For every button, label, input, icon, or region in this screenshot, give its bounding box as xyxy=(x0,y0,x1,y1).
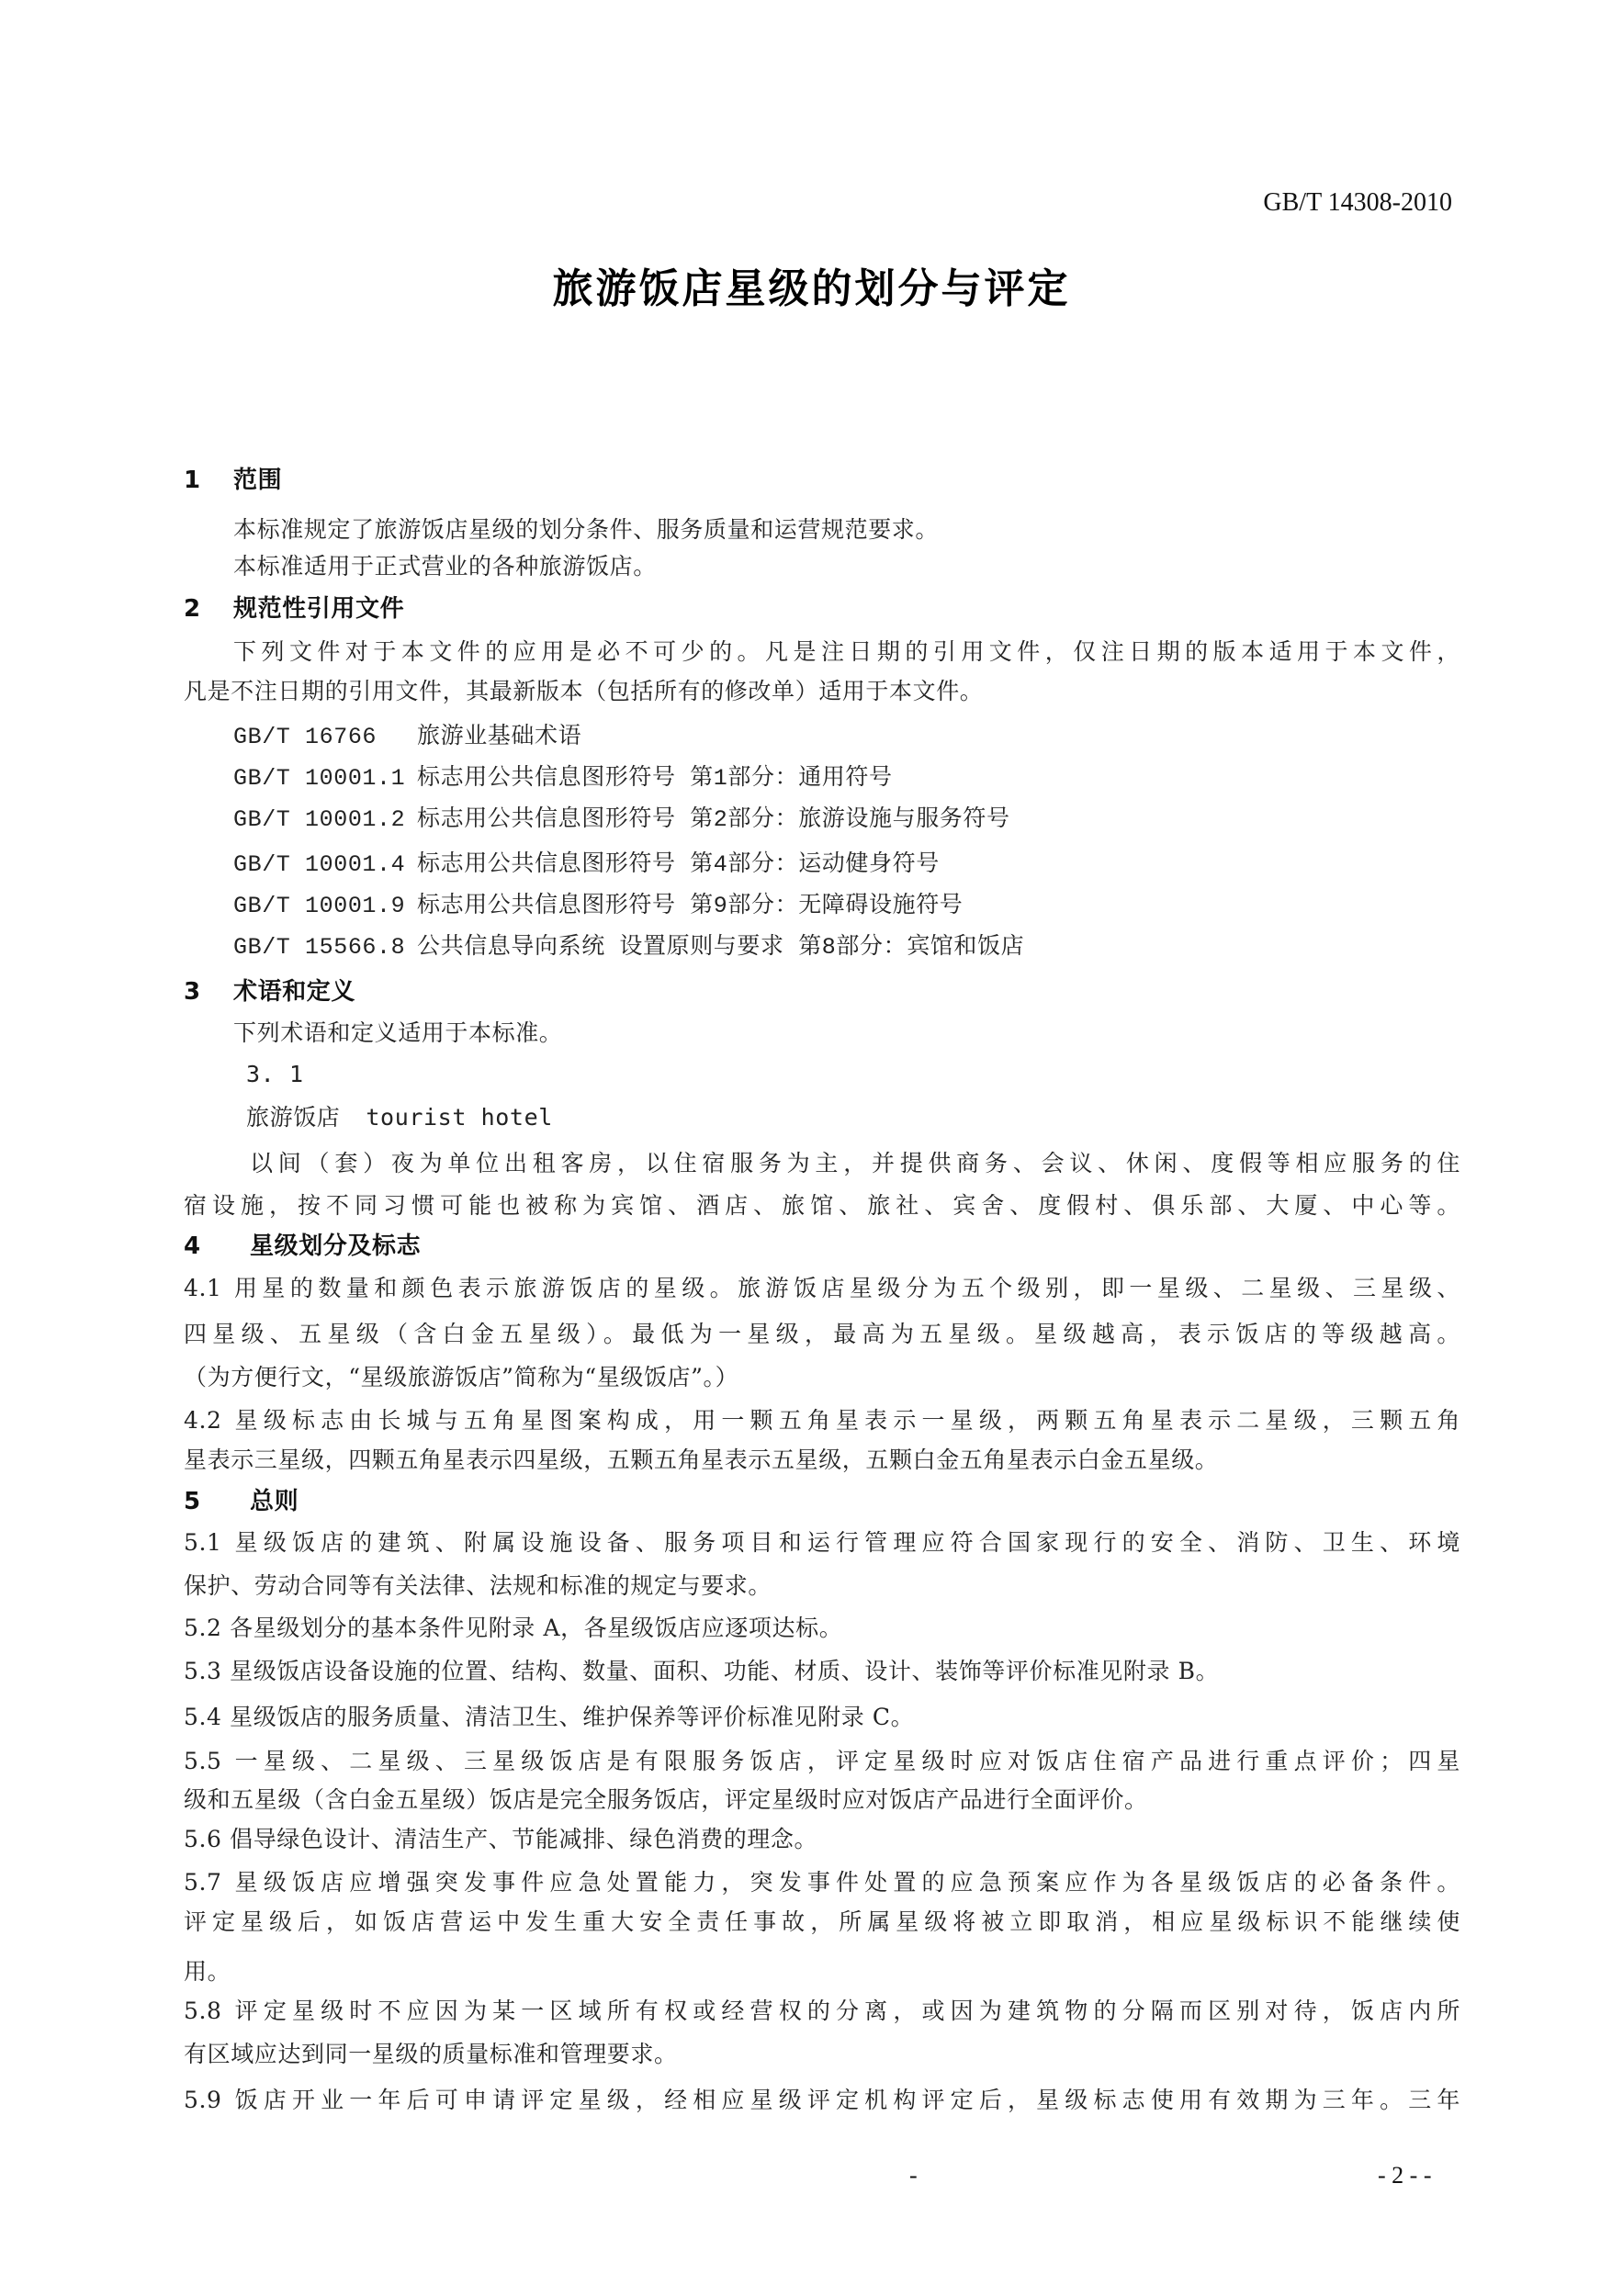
reference-code: GB/T 10001.2 xyxy=(233,802,417,838)
clause-5-7: 5.7 星级饭店应增强突发事件应急处置能力，突发事件处置的应急预案应作为各星级饭… xyxy=(184,1864,1460,1901)
clause-4-1: 4.1 用星的数量和颜色表示旅游饭店的星级。旅游饭店星级分为五个级别，即一星级、… xyxy=(184,1270,1460,1307)
section-title: 术语和定义 xyxy=(233,978,355,1006)
document-title: 旅游饭店星级的划分与评定 xyxy=(0,255,1623,314)
section-1-heading: 1范围 xyxy=(184,462,1460,499)
paragraph: 凡是不注日期的引用文件，其最新版本（包括所有的修改单）适用于本文件。 xyxy=(184,673,1460,710)
section-number: 1 xyxy=(184,462,233,499)
clause-5-9: 5.9 饭店开业一年后可申请评定星级，经相应星级评定机构评定后，星级标志使用有效… xyxy=(184,2082,1460,2119)
clause-5-7: 评定星级后，如饭店营运中发生重大安全责任事故，所属星级将被立即取消，相应星级标识… xyxy=(184,1904,1460,1941)
reference-code: GB/T 10001.4 xyxy=(233,847,417,884)
section-2-heading: 2规范性引用文件 xyxy=(184,591,1460,627)
clause-4-1: （为方便行文，“星级旅游饭店”简称为“星级饭店”。） xyxy=(184,1359,1460,1396)
reference-title: 标志用公共信息图形符号 第9部分：无障碍设施符号 xyxy=(417,893,963,919)
term-number: 3. 1 xyxy=(246,1056,1460,1093)
clause-5-1: 保护、劳动合同等有关法律、法规和标准的规定与要求。 xyxy=(184,1568,1460,1604)
reference-item: GB/T 16766旅游业基础术语 xyxy=(233,719,1460,756)
reference-item: GB/T 10001.2标志用公共信息图形符号 第2部分：旅游设施与服务符号 xyxy=(233,802,1460,838)
reference-item: GB/T 10001.1标志用公共信息图形符号 第1部分：通用符号 xyxy=(233,760,1460,797)
reference-title: 标志用公共信息图形符号 第4部分：运动健身符号 xyxy=(417,851,940,878)
reference-code: GB/T 10001.9 xyxy=(233,888,417,925)
reference-title: 公共信息导向系统 设置原则与要求 第8部分：宾馆和饭店 xyxy=(417,934,1024,961)
reference-title: 标志用公共信息图形符号 第1部分：通用符号 xyxy=(417,765,893,792)
term-chinese: 旅游饭店 xyxy=(246,1104,340,1131)
section-4-heading: 4星级划分及标志 xyxy=(184,1228,1460,1265)
footer-center-mark: - xyxy=(909,2162,918,2189)
clause-5-2: 5.2 各星级划分的基本条件见附录 A，各星级饭店应逐项达标。 xyxy=(184,1610,1460,1647)
clause-5-5: 级和五星级（含白金五星级）饭店是完全服务饭店，评定星级时应对饭店产品进行全面评价… xyxy=(184,1782,1460,1818)
paragraph: 本标准规定了旅游饭店星级的划分条件、服务质量和运营规范要求。 xyxy=(233,512,1460,548)
section-number: 5 xyxy=(184,1483,250,1520)
reference-item: GB/T 15566.8公共信息导向系统 设置原则与要求 第8部分：宾馆和饭店 xyxy=(233,929,1460,966)
clause-5-7: 用。 xyxy=(184,1953,1460,1990)
section-3-heading: 3术语和定义 xyxy=(184,974,1460,1010)
reference-code: GB/T 15566.8 xyxy=(233,929,417,966)
reference-code: GB/T 16766 xyxy=(233,719,417,756)
section-title: 总则 xyxy=(250,1488,299,1515)
clause-5-5: 5.5 一星级、二星级、三星级饭店是有限服务饭店，评定星级时应对饭店住宿产品进行… xyxy=(184,1743,1460,1780)
section-number: 3 xyxy=(184,974,233,1010)
clause-5-6: 5.6 倡导绿色设计、清洁生产、节能减排、绿色消费的理念。 xyxy=(184,1821,1460,1858)
reference-title: 标志用公共信息图形符号 第2部分：旅游设施与服务符号 xyxy=(417,806,1010,833)
clause-4-1: 四星级、五星级（含白金五星级）。最低为一星级，最高为五星级。星级越高，表示饭店的… xyxy=(184,1316,1460,1353)
clause-4-2: 4.2 星级标志由长城与五角星图案构成，用一颗五角星表示一星级，两颗五角星表示二… xyxy=(184,1402,1460,1439)
clause-5-8: 5.8 评定星级时不应因为某一区域所有权或经营权的分离，或因为建筑物的分隔而区别… xyxy=(184,1993,1460,2030)
document-page: GB/T 14308-2010 旅游饭店星级的划分与评定 1范围 本标准规定了旅… xyxy=(0,0,1623,2296)
section-title: 范围 xyxy=(233,467,282,494)
standard-code: GB/T 14308-2010 xyxy=(1263,188,1452,218)
paragraph: 下列文件对于本文件的应用是必不可少的。凡是注日期的引用文件，仅注日期的版本适用于… xyxy=(233,634,1460,670)
clause-4-2: 星表示三星级，四颗五角星表示四星级，五颗五角星表示五星级，五颗白金五角星表示白金… xyxy=(184,1442,1460,1479)
term-definition: 以间（套）夜为单位出租客房，以住宿服务为主，并提供商务、会议、休闲、度假等相应服… xyxy=(250,1145,1460,1182)
reference-code: GB/T 10001.1 xyxy=(233,760,417,797)
paragraph: 本标准适用于正式营业的各种旅游饭店。 xyxy=(233,548,1460,585)
section-5-heading: 5总则 xyxy=(184,1483,1460,1520)
section-title: 星级划分及标志 xyxy=(250,1232,421,1260)
section-number: 2 xyxy=(184,591,233,627)
paragraph: 下列术语和定义适用于本标准。 xyxy=(233,1015,1460,1052)
clause-5-1: 5.1 星级饭店的建筑、附属设施设备、服务项目和运行管理应符合国家现行的安全、消… xyxy=(184,1525,1460,1561)
term-english: tourist hotel xyxy=(366,1104,552,1131)
clause-5-3: 5.3 星级饭店设备设施的位置、结构、数量、面积、功能、材质、设计、装饰等评价标… xyxy=(184,1653,1460,1690)
clause-5-8: 有区域应达到同一星级的质量标准和管理要求。 xyxy=(184,2036,1460,2073)
page-number: - 2 - - xyxy=(1378,2162,1431,2189)
term-definition: 宿设施，按不同习惯可能也被称为宾馆、酒店、旅馆、旅社、宾舍、度假村、俱乐部、大厦… xyxy=(184,1187,1460,1224)
reference-title: 旅游业基础术语 xyxy=(417,724,581,750)
reference-item: GB/T 10001.9标志用公共信息图形符号 第9部分：无障碍设施符号 xyxy=(233,888,1460,925)
clause-5-4: 5.4 星级饭店的服务质量、清洁卫生、维护保养等评价标准见附录 C。 xyxy=(184,1699,1460,1736)
section-title: 规范性引用文件 xyxy=(233,595,404,623)
term-entry: 旅游饭店tourist hotel xyxy=(246,1099,1460,1136)
reference-item: GB/T 10001.4标志用公共信息图形符号 第4部分：运动健身符号 xyxy=(233,847,1460,884)
section-number: 4 xyxy=(184,1228,250,1265)
